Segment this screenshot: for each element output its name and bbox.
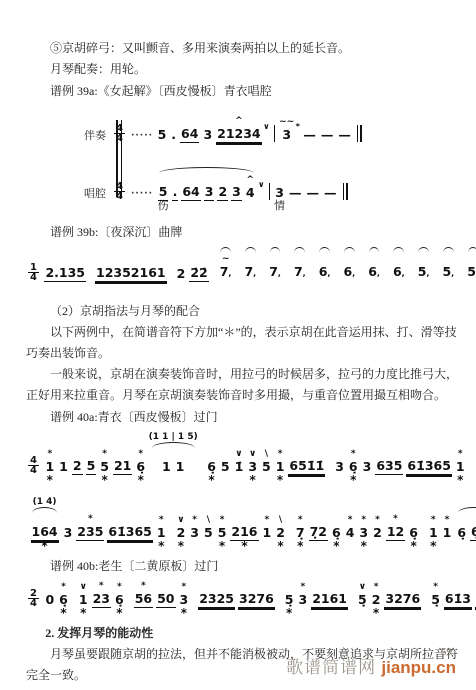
note-suffix-mark: , — [402, 269, 405, 278]
above-mark — [249, 254, 252, 264]
note-token: 3 — [362, 449, 373, 487]
bar-line — [269, 183, 270, 200]
above-mark — [311, 175, 314, 185]
note-token: 3 — [231, 174, 242, 213]
note-token: 1 — [175, 449, 186, 487]
above-mark — [188, 116, 191, 126]
above-mark — [206, 117, 209, 127]
above-mark — [422, 254, 425, 264]
note-token: ~~3 — [279, 117, 294, 155]
note-token: *1* — [428, 515, 439, 553]
note-token: 2325 — [198, 581, 235, 620]
below-mark — [360, 608, 364, 620]
note-token: ∨3* — [247, 449, 258, 487]
music-line-39b: 14 2.135 12352161 2 2̇2̇ ~7, 7, 7, 7, 6,… — [28, 247, 458, 294]
above-mark — [221, 174, 224, 184]
note-suffix-mark: , — [352, 269, 355, 278]
slur-group: (1 1 | 1 5) 1 1 — [149, 432, 198, 487]
below-mark — [223, 475, 227, 487]
below-mark — [397, 282, 401, 294]
note-token: *6̣* — [58, 582, 69, 620]
slur-group: (1 4) 164* — [29, 497, 60, 553]
below-mark: 伤 — [158, 201, 169, 213]
note-token: *3* — [179, 582, 190, 620]
above-mark: * — [99, 581, 104, 591]
note-token: ~7, — [219, 254, 233, 294]
above-mark — [298, 254, 301, 264]
music-line-39a-accompaniment: 44····· 5 . 64 3 ^21234 ∨~~3 * — — — — [114, 116, 364, 155]
below-mark — [178, 475, 182, 487]
above-mark — [388, 448, 391, 458]
note-token: 5̣* — [284, 582, 295, 620]
below-mark — [328, 201, 332, 213]
below-mark: * — [410, 541, 416, 553]
below-mark — [237, 143, 241, 155]
slur-group-notes: 6̣ 6̣6̣ — [455, 514, 476, 553]
above-mark: * — [348, 515, 353, 525]
above-mark: * — [181, 582, 186, 592]
slur-arc — [468, 247, 476, 253]
note-token: 5 — [157, 117, 168, 155]
note-digits: 3 — [274, 185, 285, 201]
note-token: — — [320, 117, 335, 155]
note-token: 3276 — [384, 581, 421, 620]
time-signature: 14 — [28, 263, 39, 282]
above-mark — [428, 448, 431, 458]
below-mark — [347, 282, 351, 294]
time-signature: 24 — [28, 589, 39, 608]
below-mark — [160, 143, 164, 155]
note-token: *5* — [217, 515, 228, 553]
below-mark — [305, 475, 309, 487]
slur-group: 7, — [291, 247, 308, 294]
slur-group-notes: 5, — [465, 254, 476, 294]
below-mark — [393, 541, 397, 553]
below-mark — [348, 541, 352, 553]
above-mark: ^ — [235, 116, 243, 126]
note-token: 64 — [180, 116, 199, 155]
above-mark: \ — [265, 449, 268, 459]
below-mark — [456, 608, 460, 620]
below-mark — [254, 608, 258, 620]
above-mark — [328, 581, 331, 591]
note-token: 12352161 — [95, 255, 167, 294]
below-mark — [164, 608, 168, 620]
above-mark — [397, 254, 400, 264]
above-mark — [66, 515, 69, 525]
below-mark — [298, 282, 302, 294]
below-mark — [401, 608, 405, 620]
time-signature-denominator: 4 — [28, 465, 39, 475]
time-signature: 44 — [28, 456, 39, 475]
note-token: 2161 — [311, 581, 348, 620]
leader-dots: ····· — [131, 189, 153, 199]
note-token: 1 — [58, 449, 69, 487]
note-token: 50 — [156, 581, 175, 620]
below-mark — [66, 541, 70, 553]
above-mark — [121, 448, 124, 458]
below-mark — [285, 143, 289, 155]
music-line-39a-vocal: 44····· 5伤 . 64 3 2 3 ^4 ∨ 3情 — — — — [114, 167, 350, 213]
above-mark — [215, 581, 218, 591]
note-token: ^4 — [245, 175, 256, 213]
music-line-40b: 24 0 *6̣*∨1**23 *6̣**56 50 *3* 2325 3276… — [28, 581, 458, 620]
above-mark: * — [393, 514, 398, 524]
slur-group-notes: 5伤 . 64 3 2 3 ^4 — [156, 174, 257, 213]
note-suffix-mark: , — [278, 269, 281, 278]
above-mark — [62, 449, 65, 459]
above-mark: * — [141, 581, 146, 591]
above-mark — [460, 515, 463, 525]
slur-group: 6, — [366, 247, 383, 294]
slur-group-notes: ~7, — [217, 254, 234, 294]
below-mark — [237, 475, 241, 487]
above-mark — [48, 582, 51, 592]
below-mark — [206, 143, 210, 155]
heading-fingering: （2）京胡指法与月琴的配合 — [26, 300, 458, 322]
note-token: 61̇3 — [444, 581, 472, 620]
note-token: 2 — [72, 448, 83, 487]
stave-vocal: 唱腔 44····· 5伤 . 64 3 2 3 ^4 ∨ 3情 — — — — [84, 163, 458, 215]
below-mark — [325, 143, 329, 155]
music-line-40a-2: (1 4) 164* 3 *235 61̇365 *1*∨2**3 \5 *5*… — [28, 497, 458, 553]
note-token: 7̣2 — [309, 514, 328, 553]
below-mark: * — [181, 608, 187, 620]
note-token: ∨1* — [78, 582, 89, 620]
below-mark — [248, 282, 252, 294]
note-token: *56 — [134, 581, 153, 620]
note-token: 5 — [220, 449, 231, 487]
below-mark — [273, 282, 277, 294]
below-mark — [188, 143, 192, 155]
note-token: *2 — [372, 515, 383, 553]
final-bar-line-thin — [343, 183, 344, 200]
note-token: 2.135 — [44, 255, 86, 294]
note-token: *235 — [76, 514, 104, 553]
above-mark — [160, 117, 163, 127]
note-token: 5伤 — [158, 174, 169, 213]
below-mark: * — [350, 475, 356, 487]
note-digits: 5 — [158, 184, 169, 201]
below-mark — [121, 475, 125, 487]
below-mark: * — [41, 541, 47, 553]
below-mark: * — [241, 541, 247, 553]
above-mark: * — [300, 582, 305, 592]
note-token: \5 — [203, 515, 214, 553]
slur-group: 5, — [440, 247, 457, 294]
above-mark — [179, 256, 182, 266]
note-token: 6̣* — [206, 449, 217, 487]
slur-arc — [393, 247, 404, 253]
above-mark — [412, 515, 415, 525]
below-mark: * — [286, 608, 292, 620]
slur-group-notes: 6, — [316, 254, 333, 294]
note-token: *23 — [92, 581, 111, 620]
below-mark — [234, 201, 238, 213]
below-mark — [221, 201, 225, 213]
above-mark — [401, 581, 404, 591]
above-mark: * — [47, 449, 52, 459]
below-mark: * — [219, 541, 225, 553]
below-mark — [387, 475, 391, 487]
slur-arc — [245, 247, 256, 253]
below-mark: * — [373, 608, 379, 620]
above-mark: ∨ — [80, 582, 87, 592]
note-suffix-mark: , — [426, 269, 429, 278]
slur-arc — [159, 167, 254, 173]
leader-dots: ····· — [131, 131, 153, 141]
above-mark: * — [220, 515, 225, 525]
note-token: 2 — [217, 174, 228, 213]
below-mark — [427, 475, 431, 487]
note-token: 5 — [86, 448, 97, 487]
final-bar-line — [343, 183, 348, 200]
above-mark — [189, 174, 192, 184]
caption-example-39b: 谱例 39b:〔夜深沉〕曲牌 — [26, 221, 458, 243]
above-mark: * — [192, 515, 197, 525]
note-token: ∨2* — [176, 515, 187, 553]
above-mark — [343, 117, 346, 127]
music-system-39a: 伴奏 44····· 5 . 64 3 ^21234 ∨~~3 * — — — … — [84, 112, 458, 215]
above-mark: * — [458, 449, 463, 459]
below-mark — [337, 475, 341, 487]
note-token: \5 — [261, 449, 272, 487]
below-mark — [433, 608, 437, 620]
below-mark — [215, 608, 219, 620]
slur-arc — [344, 247, 355, 253]
below-mark — [375, 541, 379, 553]
slur-group-notes: 164* — [29, 514, 60, 553]
note-token: 61̇365 — [107, 514, 153, 553]
above-mark — [178, 449, 181, 459]
time-signature-numerator: 2 — [28, 589, 39, 598]
below-mark: * — [47, 475, 53, 487]
above-mark — [164, 581, 167, 591]
heading-initiative: 2. 发挥月琴的能动性 — [26, 622, 458, 644]
note-suffix-mark: , — [228, 269, 231, 278]
note-suffix-mark: , — [303, 269, 306, 278]
note-token: — — [337, 117, 352, 155]
note-token: *1* — [275, 449, 286, 487]
above-mark: * — [431, 515, 436, 525]
below-mark — [189, 201, 193, 213]
note-token: 3 — [63, 515, 74, 553]
above-mark — [210, 449, 213, 459]
above-mark — [373, 254, 376, 264]
slur-group: 5, — [415, 247, 432, 294]
note-token: *1 — [442, 515, 453, 553]
above-mark: ∨ — [235, 449, 242, 459]
above-mark: * — [61, 582, 66, 592]
final-bar-line-thick — [360, 125, 362, 142]
note-token: — — [306, 175, 321, 213]
note-token: *3 — [189, 515, 200, 553]
time-signature-denominator: 4 — [28, 272, 39, 282]
above-mark: * — [117, 582, 122, 592]
note-suffix-mark: , — [377, 269, 380, 278]
below-mark: * — [208, 475, 214, 487]
note-token: 6, — [392, 254, 406, 294]
below-mark — [248, 201, 252, 213]
note-token: 21 — [113, 448, 132, 487]
below-mark: * — [457, 475, 463, 487]
below-mark — [365, 475, 369, 487]
note-token: *1 — [262, 515, 273, 553]
note-token: 6, — [342, 254, 356, 294]
below-mark: * — [333, 541, 339, 553]
above-mark — [317, 514, 320, 524]
note-token: — — [323, 175, 338, 213]
caption-example-40b: 谱例 40b:老生〔二黄原板〕过门 — [26, 555, 458, 577]
music-line-40a-1: 44*1* 1 2 5 *5* 21 *6̣*(1 1 | 1 5) 1 1 6… — [28, 432, 458, 487]
note-token: 3情 — [274, 175, 285, 213]
note-token: 2 — [176, 256, 187, 294]
above-mark: ∨ — [249, 449, 256, 459]
below-mark: * — [178, 541, 184, 553]
slur-group: 6, — [390, 247, 407, 294]
below-mark — [172, 143, 176, 155]
breath-ornament-mark: ∨ — [258, 181, 265, 189]
note-token: 5, — [466, 254, 476, 294]
below-mark — [63, 282, 67, 294]
slur-group: ~7, — [217, 247, 234, 294]
below-mark: * — [60, 608, 66, 620]
above-mark — [208, 174, 211, 184]
above-mark — [294, 175, 297, 185]
below-mark: * — [250, 475, 256, 487]
below-mark — [224, 282, 228, 294]
below-mark — [129, 282, 133, 294]
above-mark: ~ — [222, 254, 230, 264]
note-token: 3 — [334, 449, 345, 487]
final-bar-line-thick — [346, 183, 348, 200]
note-token: 635 — [375, 448, 403, 487]
below-mark — [460, 541, 464, 553]
watermark: 歌谱简谱网 jianpu.cn — [286, 658, 456, 678]
below-mark — [265, 541, 269, 553]
note-token: 61̇365 — [406, 448, 452, 487]
note-suffix-mark: , — [451, 269, 454, 278]
above-mark — [323, 254, 326, 264]
slur-group-notes: 5, — [415, 254, 432, 294]
slur-group-notes: 1 1 — [149, 449, 198, 487]
slur-group-notes: 5, — [440, 254, 457, 294]
stave-accompaniment: 伴奏 44····· 5 . 64 3 ^21234 ∨~~3 * — — — — [84, 112, 458, 157]
below-mark — [343, 143, 347, 155]
above-mark: ^ — [246, 175, 254, 185]
below-mark — [471, 282, 475, 294]
above-mark — [348, 254, 351, 264]
slur-arc — [270, 247, 281, 253]
slur-arc — [294, 247, 305, 253]
note-token: 5, — [441, 254, 455, 294]
above-mark: ∨ — [359, 582, 366, 592]
note-token: 6̣ — [456, 515, 467, 553]
note-suffix-mark: , — [327, 269, 330, 278]
slur-group: 6, — [341, 247, 358, 294]
above-mark: * — [361, 515, 366, 525]
watermark-site-name-cn: 歌谱简谱网 — [286, 658, 381, 677]
below-mark — [316, 541, 320, 553]
below-mark — [197, 282, 201, 294]
book-page: ⑤京胡碎弓：又叫颤音、多用来演奏两拍以上的延长音。 月琴配奏：用轮。 谱例 39… — [0, 0, 476, 686]
below-mark — [88, 541, 92, 553]
slur-group-notes: 7, — [291, 254, 308, 294]
slur-group-notes: 7, — [267, 254, 284, 294]
above-mark — [243, 514, 246, 524]
note-token: *4 — [345, 515, 356, 553]
note-token: *12 — [386, 514, 405, 553]
note-token: . — [170, 117, 177, 155]
bar-line — [274, 125, 275, 142]
note-token: 7, — [293, 254, 307, 294]
above-mark: * — [433, 582, 438, 592]
below-mark — [164, 475, 168, 487]
above-mark — [129, 514, 132, 524]
below-mark — [61, 475, 65, 487]
above-mark: * — [445, 515, 450, 525]
above-mark — [224, 449, 227, 459]
note-token: 3 — [202, 117, 213, 155]
note-token: *5* — [99, 449, 110, 487]
below-mark — [446, 282, 450, 294]
note-token: 651̇1̇ — [288, 448, 325, 487]
slur-arc — [458, 507, 476, 513]
above-mark — [255, 581, 258, 591]
stave-label-vocal: 唱腔 — [84, 185, 114, 201]
below-mark — [301, 608, 305, 620]
above-mark: * — [138, 449, 143, 459]
below-mark: * — [138, 475, 144, 487]
slur-arc — [32, 507, 57, 513]
note-token: *1* — [156, 515, 167, 553]
below-mark — [422, 282, 426, 294]
slur-arc — [220, 247, 231, 253]
note-token: 64 — [181, 174, 200, 213]
below-mark — [48, 608, 52, 620]
above-mark — [305, 448, 308, 458]
slur-arc — [319, 247, 330, 253]
note-token: \2* — [275, 515, 286, 553]
below-mark — [193, 541, 197, 553]
note-token: ^21234 — [216, 116, 262, 155]
below-mark — [141, 608, 145, 620]
below-mark — [293, 201, 297, 213]
below-mark — [207, 201, 211, 213]
note-suffix-mark: , — [253, 269, 256, 278]
slur-arc — [418, 247, 429, 253]
above-mark — [173, 174, 176, 184]
below-mark — [89, 475, 93, 487]
slur-group-notes: 6, — [366, 254, 383, 294]
above-mark — [162, 174, 165, 184]
note-token: *5̣ — [430, 582, 441, 620]
final-bar-line-thin — [357, 125, 358, 142]
note-token: 6̣6̣ — [470, 514, 476, 553]
slur-group-notes: 6, — [341, 254, 358, 294]
above-mark — [278, 175, 281, 185]
below-mark — [311, 201, 315, 213]
note-token: *3* — [358, 515, 369, 553]
below-mark — [173, 201, 177, 213]
below-mark: * — [101, 475, 107, 487]
caption-example-39a: 谱例 39a:《女起解》〔西皮慢板〕青衣唱腔 — [26, 80, 458, 102]
above-mark — [335, 515, 338, 525]
note-token: 1 — [161, 449, 172, 487]
page-number: 59 — [286, 646, 452, 658]
above-mark — [76, 448, 79, 458]
below-mark: * — [80, 608, 86, 620]
